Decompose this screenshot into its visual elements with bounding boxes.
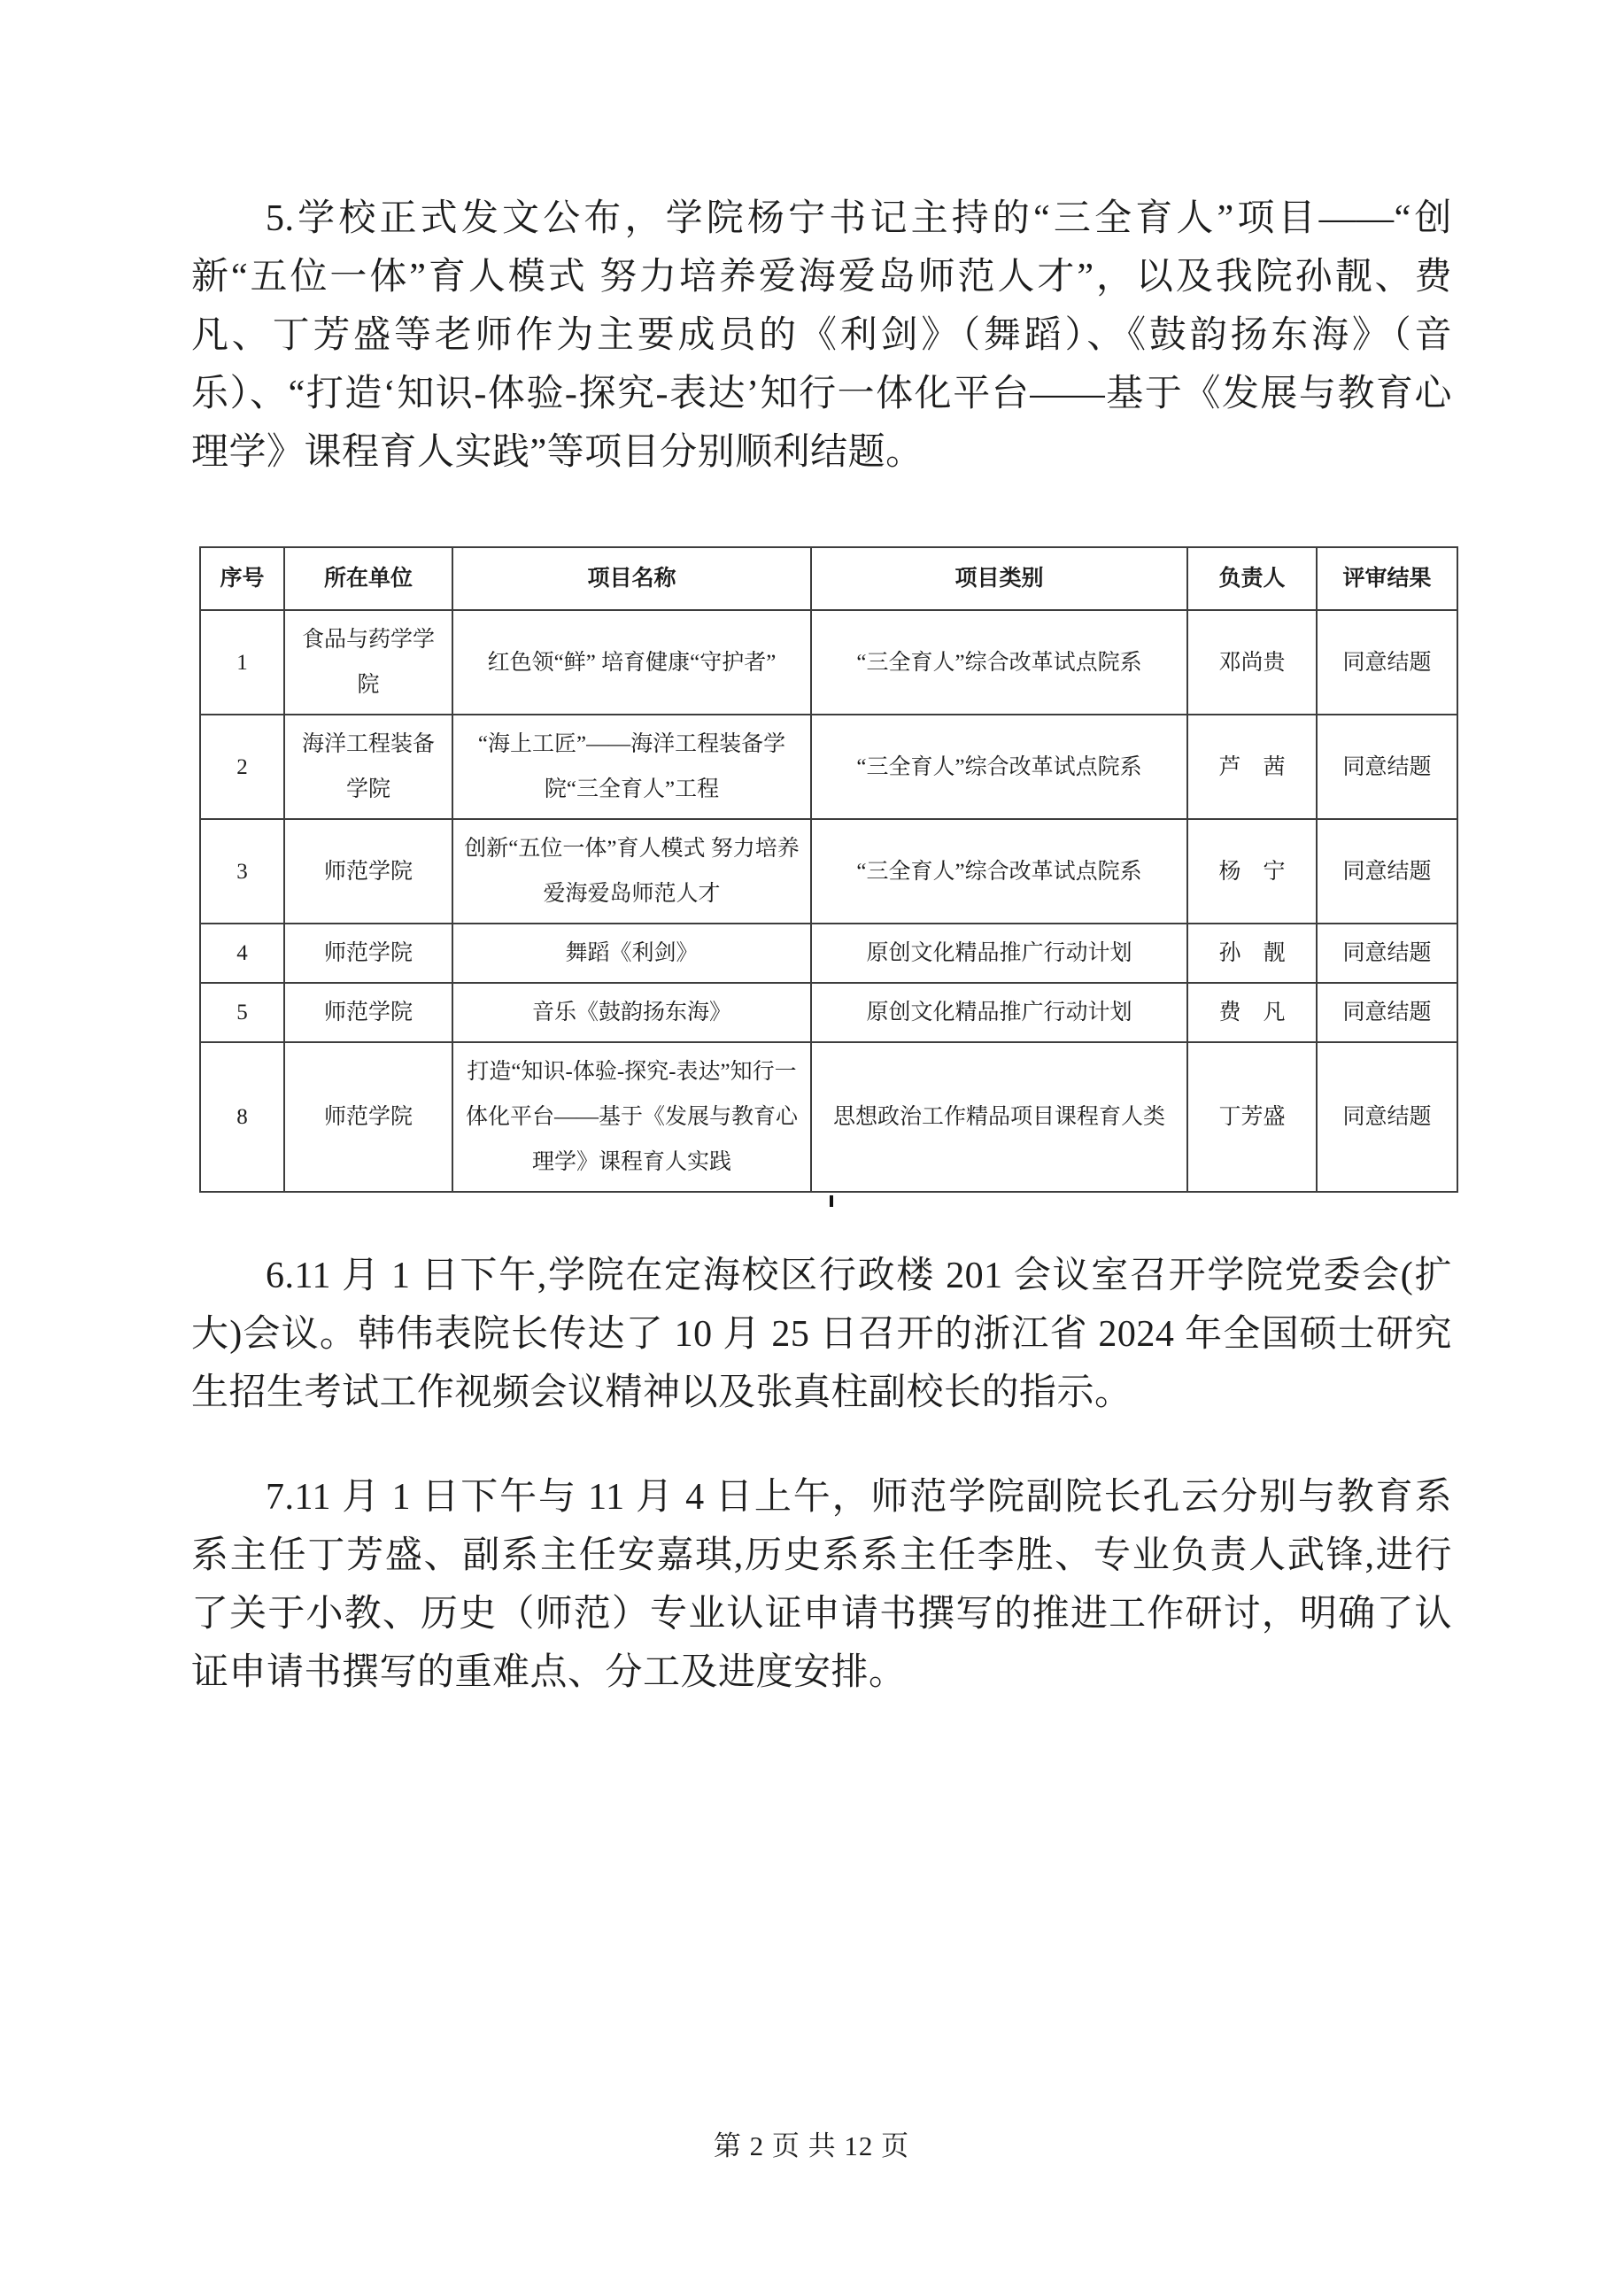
table-cell: 芦 茜: [1187, 715, 1317, 819]
col-header-name: 项目名称: [452, 547, 811, 610]
table-cell: 音乐《鼓韵扬东海》: [452, 983, 811, 1042]
table-row: 3师范学院创新“五位一体”育人模式 努力培养爱海爱岛师范人才“三全育人”综合改革…: [200, 819, 1457, 924]
table-cell: 师范学院: [284, 819, 452, 924]
table-cell: 杨 宁: [1187, 819, 1317, 924]
table-cell: 孙 靓: [1187, 924, 1317, 983]
table-cell: “三全育人”综合改革试点院系: [811, 610, 1187, 715]
table-row: 1食品与药学学院红色领“鲜” 培育健康“守护者”“三全育人”综合改革试点院系邓尚…: [200, 610, 1457, 715]
page-number-footer: 第 2 页 共 12 页: [0, 2123, 1623, 2163]
table-cell: 同意结题: [1317, 983, 1457, 1042]
table-row: 4师范学院舞蹈《利剑》原创文化精品推广行动计划孙 靓同意结题: [200, 924, 1457, 983]
table-cell: 海洋工程装备学院: [284, 715, 452, 819]
col-header-leader: 负责人: [1187, 547, 1317, 610]
table-cell: 红色领“鲜” 培育健康“守护者”: [452, 610, 811, 715]
projects-table: 序号 所在单位 项目名称 项目类别 负责人 评审结果 1食品与药学学院红色领“鲜…: [199, 546, 1458, 1193]
table-header-row: 序号 所在单位 项目名称 项目类别 负责人 评审结果: [200, 547, 1457, 610]
col-header-seq: 序号: [200, 547, 284, 610]
document-page: 5.学校正式发文公布，学院杨宁书记主持的“三全育人”项目——“创新“五位一体”育…: [0, 0, 1623, 2296]
table-cell: 丁芳盛: [1187, 1042, 1317, 1192]
table-cell: 食品与药学学院: [284, 610, 452, 715]
table-cell: 原创文化精品推广行动计划: [811, 924, 1187, 983]
table-cell: 1: [200, 610, 284, 715]
table-cell: 师范学院: [284, 924, 452, 983]
table-row: 8师范学院打造“知识-体验-探究-表达”知行一体化平台——基于《发展与教育心理学…: [200, 1042, 1457, 1192]
table-cell: 费 凡: [1187, 983, 1317, 1042]
table-cell: 创新“五位一体”育人模式 努力培养爱海爱岛师范人才: [452, 819, 811, 924]
table-cell: 同意结题: [1317, 715, 1457, 819]
table-cell: 同意结题: [1317, 819, 1457, 924]
table-cell: “三全育人”综合改革试点院系: [811, 715, 1187, 819]
table-cell: 3: [200, 819, 284, 924]
col-header-unit: 所在单位: [284, 547, 452, 610]
table-cell: 原创文化精品推广行动计划: [811, 983, 1187, 1042]
table-row: 2海洋工程装备学院“海上工匠”——海洋工程装备学院“三全育人”工程“三全育人”综…: [200, 715, 1457, 819]
table-cell: 同意结题: [1317, 924, 1457, 983]
table-cell: 同意结题: [1317, 1042, 1457, 1192]
table-cell: “三全育人”综合改革试点院系: [811, 819, 1187, 924]
table-cell: 5: [200, 983, 284, 1042]
paragraph-6: 6.11 月 1 日下午,学院在定海校区行政楼 201 会议室召开学院党委会(扩…: [191, 1247, 1452, 1422]
table-cell: 打造“知识-体验-探究-表达”知行一体化平台——基于《发展与教育心理学》课程育人…: [452, 1042, 811, 1192]
projects-table-body: 1食品与药学学院红色领“鲜” 培育健康“守护者”“三全育人”综合改革试点院系邓尚…: [200, 610, 1457, 1192]
table-cell: 师范学院: [284, 1042, 452, 1192]
col-header-type: 项目类别: [811, 547, 1187, 610]
table-cell: 邓尚贵: [1187, 610, 1317, 715]
table-cell: 同意结题: [1317, 610, 1457, 715]
table-row: 5师范学院音乐《鼓韵扬东海》原创文化精品推广行动计划费 凡同意结题: [200, 983, 1457, 1042]
paragraph-5: 5.学校正式发文公布，学院杨宁书记主持的“三全育人”项目——“创新“五位一体”育…: [191, 189, 1452, 482]
table-cell: 思想政治工作精品项目课程育人类: [811, 1042, 1187, 1192]
paragraph-7: 7.11 月 1 日下午与 11 月 4 日上午，师范学院副院长孔云分别与教育系…: [191, 1468, 1452, 1702]
table-cell: 师范学院: [284, 983, 452, 1042]
table-cell: 舞蹈《利剑》: [452, 924, 811, 983]
col-header-result: 评审结果: [1317, 547, 1457, 610]
table-cell: 4: [200, 924, 284, 983]
table-cell: 2: [200, 715, 284, 819]
table-cell: “海上工匠”——海洋工程装备学院“三全育人”工程: [452, 715, 811, 819]
stray-mark: [830, 1195, 833, 1207]
table-cell: 8: [200, 1042, 284, 1192]
